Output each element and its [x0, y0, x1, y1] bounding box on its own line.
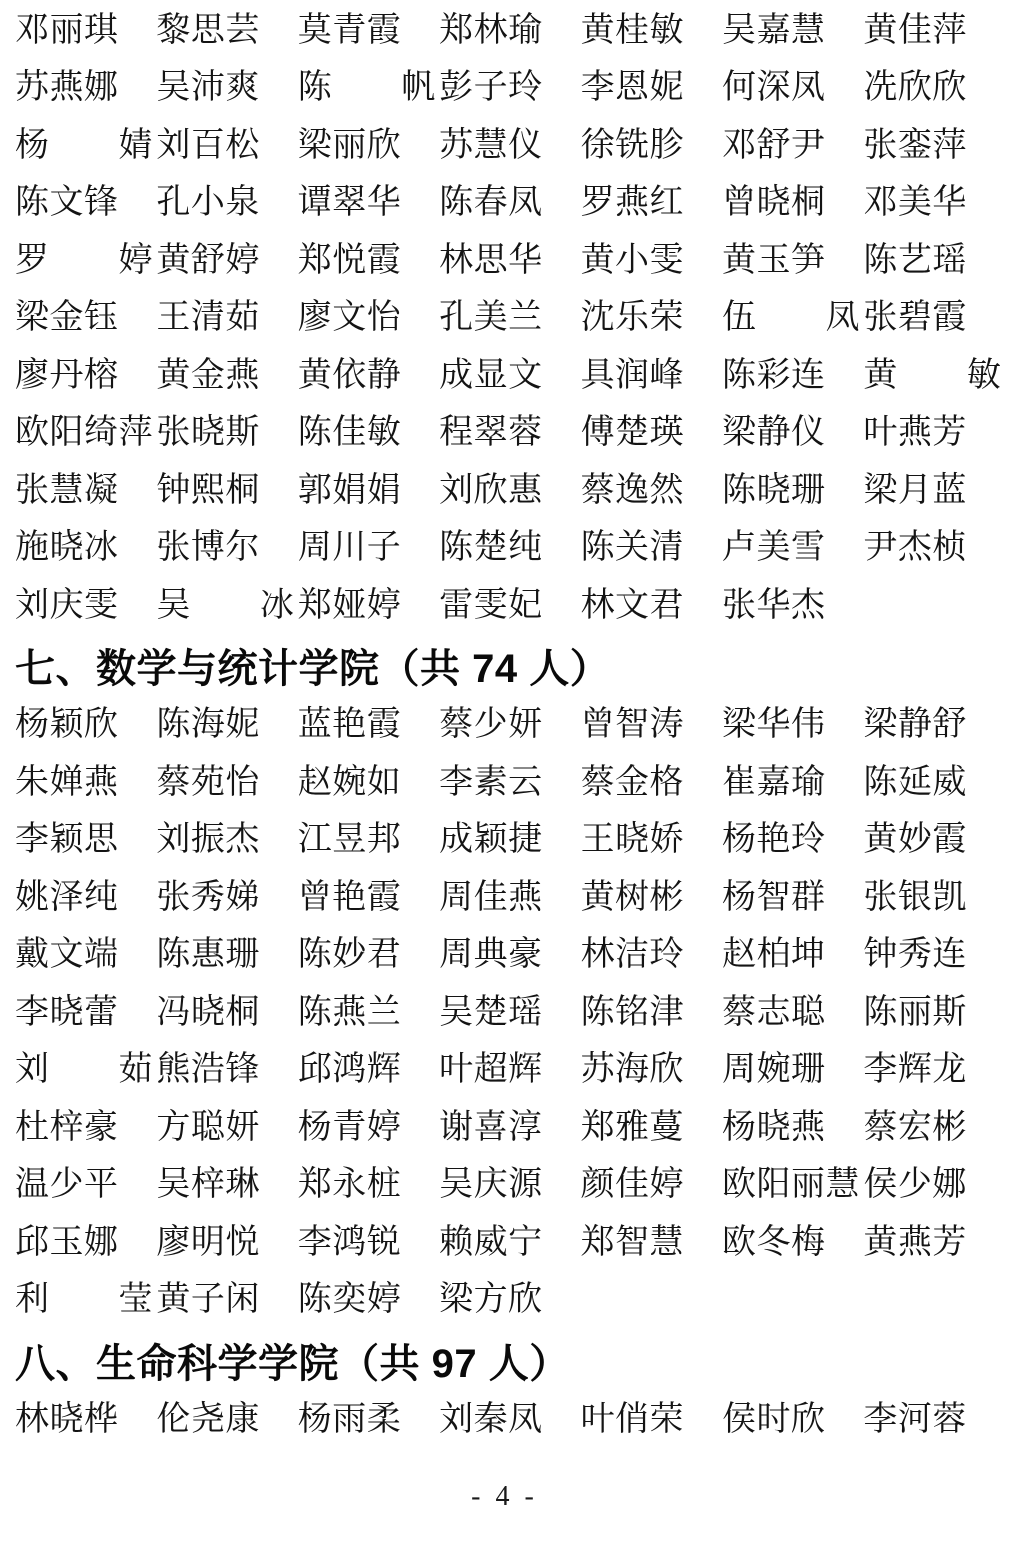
student-name: 傅楚瑛: [581, 416, 685, 450]
name-cell: 戴文端: [15, 927, 156, 985]
name-cell: 王清茹: [156, 290, 297, 348]
student-name: 谢喜淳: [439, 1111, 543, 1145]
name-grid: 邓丽琪黎思芸莫青霞郑林瑜黄桂敏吴嘉慧黄佳萍苏燕娜吴沛爽陈 帆彭子玲李恩妮何深凤冼…: [15, 2, 1024, 635]
student-name: 梁华伟: [722, 708, 826, 742]
student-name: 周佳燕: [439, 881, 543, 915]
student-name: 廖明悦: [156, 1226, 260, 1260]
name-cell: 黄小雯: [581, 232, 722, 290]
name-cell: 侯时欣: [722, 1391, 863, 1449]
student-name: 曾晓桐: [722, 186, 826, 220]
student-name: 陈文锋: [15, 186, 119, 220]
name-cell: 崔嘉瑜: [722, 754, 863, 812]
student-name: 伦尧康: [156, 1403, 260, 1437]
name-cell: [863, 1272, 1004, 1330]
student-name: 蔡少妍: [439, 708, 543, 742]
student-name: 郑林瑜: [439, 14, 543, 48]
student-name: 陈艺瑶: [863, 244, 967, 278]
student-name: 梁丽欣: [298, 129, 402, 163]
name-cell: [581, 1272, 722, 1330]
student-name: 赵柏坤: [722, 938, 826, 972]
student-name: 陈 帆: [298, 71, 436, 105]
name-cell: 林文君: [581, 577, 722, 635]
student-name: 成颖捷: [439, 823, 543, 857]
name-cell: 杨颖欣: [15, 697, 156, 755]
name-cell: 黄子闲: [156, 1272, 297, 1330]
student-name: 刘百松: [156, 129, 260, 163]
name-cell: 李鸿锐: [298, 1214, 439, 1272]
name-cell: 苏慧仪: [439, 117, 580, 175]
name-cell: 成颖捷: [439, 812, 580, 870]
student-name: 廖丹榕: [15, 359, 119, 393]
student-name: 杨智群: [722, 881, 826, 915]
name-cell: 孔小泉: [156, 175, 297, 233]
student-name: 欧冬梅: [722, 1226, 826, 1260]
name-cell: 郑林瑜: [439, 2, 580, 60]
name-cell: 郑雅蔓: [581, 1099, 722, 1157]
name-cell: 陈春凤: [439, 175, 580, 233]
student-name: 张银凯: [863, 881, 967, 915]
name-cell: 黄燕芳: [863, 1214, 1004, 1272]
student-name: 吴楚瑶: [439, 996, 543, 1030]
section-title: 八、生命科学学院（共 97 人）: [15, 1329, 1024, 1391]
student-name: 莫青霞: [298, 14, 402, 48]
student-name: 刘秦凤: [439, 1403, 543, 1437]
student-name: 杨艳玲: [722, 823, 826, 857]
student-name: 叶燕芳: [863, 416, 967, 450]
student-name: 黄玉笋: [722, 244, 826, 278]
name-cell: 梁静仪: [722, 405, 863, 463]
student-name: 陈奕婷: [298, 1283, 402, 1317]
student-name: 钟熙桐: [156, 474, 260, 508]
student-name: 蔡逸然: [581, 474, 685, 508]
student-name: 梁静舒: [863, 708, 967, 742]
name-cell: 吴 冰: [156, 577, 297, 635]
student-name: 王清茹: [156, 301, 260, 335]
student-name: 黄依静: [298, 359, 402, 393]
student-name: 谭翠华: [298, 186, 402, 220]
name-cell: 谭翠华: [298, 175, 439, 233]
student-name: 吴梓琳: [156, 1168, 260, 1202]
name-cell: 方聪妍: [156, 1099, 297, 1157]
student-name: 江昱邦: [298, 823, 402, 857]
name-cell: 程翠蓉: [439, 405, 580, 463]
name-cell: 尹杰桢: [863, 520, 1004, 578]
name-cell: 曾智涛: [581, 697, 722, 755]
student-name: 梁方欣: [439, 1283, 543, 1317]
name-cell: 欧冬梅: [722, 1214, 863, 1272]
name-cell: [863, 577, 1004, 635]
name-cell: 梁金钰: [15, 290, 156, 348]
student-name: 陈铭津: [581, 996, 685, 1030]
student-name: 戴文端: [15, 938, 119, 972]
student-name: 成显文: [439, 359, 543, 393]
name-cell: 徐铣胗: [581, 117, 722, 175]
name-cell: 侯少娜: [863, 1157, 1004, 1215]
name-cell: 赖威宁: [439, 1214, 580, 1272]
name-cell: 罗燕红: [581, 175, 722, 233]
document-page: 邓丽琪黎思芸莫青霞郑林瑜黄桂敏吴嘉慧黄佳萍苏燕娜吴沛爽陈 帆彭子玲李恩妮何深凤冼…: [0, 0, 1024, 1545]
page-number: - 4 -: [0, 1481, 1009, 1513]
name-cell: 周佳燕: [439, 869, 580, 927]
name-cell: 梁丽欣: [298, 117, 439, 175]
student-name: 林洁玲: [581, 938, 685, 972]
name-cell: 李晓蕾: [15, 984, 156, 1042]
student-name: 蔡金格: [581, 766, 685, 800]
student-name: 孔小泉: [156, 186, 260, 220]
name-cell: 刘 茹: [15, 1042, 156, 1100]
student-name: 陈春凤: [439, 186, 543, 220]
name-cell: 冼欣欣: [863, 60, 1004, 118]
student-name: 黄子闲: [156, 1283, 260, 1317]
name-cell: 具润峰: [581, 347, 722, 405]
student-name: 杨青婷: [298, 1111, 402, 1145]
name-cell: 江昱邦: [298, 812, 439, 870]
name-cell: 郑悦霞: [298, 232, 439, 290]
name-cell: 沈乐荣: [581, 290, 722, 348]
student-name: 尹杰桢: [863, 531, 967, 565]
name-cell: 陈佳敏: [298, 405, 439, 463]
student-name: 郭娟娟: [298, 474, 402, 508]
student-name: 曾智涛: [581, 708, 685, 742]
student-name: 吴沛爽: [156, 71, 260, 105]
student-name: 郑雅蔓: [581, 1111, 685, 1145]
name-cell: 梁华伟: [722, 697, 863, 755]
name-cell: 傅楚瑛: [581, 405, 722, 463]
name-cell: 张晓斯: [156, 405, 297, 463]
student-name: 黄燕芳: [863, 1226, 967, 1260]
name-cell: 邱鸿辉: [298, 1042, 439, 1100]
name-cell: 叶超辉: [439, 1042, 580, 1100]
name-cell: 卢美雪: [722, 520, 863, 578]
student-name: 邱鸿辉: [298, 1053, 402, 1087]
student-name: 陈晓珊: [722, 474, 826, 508]
name-cell: 郑娅婷: [298, 577, 439, 635]
name-cell: 欧阳丽慧: [722, 1157, 863, 1215]
name-cell: 林晓桦: [15, 1391, 156, 1449]
student-name: 冯晓桐: [156, 996, 260, 1030]
student-name: 钟秀连: [863, 938, 967, 972]
name-cell: 蔡志聪: [722, 984, 863, 1042]
student-name: 崔嘉瑜: [722, 766, 826, 800]
student-name: 吴嘉慧: [722, 14, 826, 48]
name-cell: 蔡逸然: [581, 462, 722, 520]
student-name: 邓舒尹: [722, 129, 826, 163]
name-cell: 李河蓉: [863, 1391, 1004, 1449]
name-cell: 叶燕芳: [863, 405, 1004, 463]
student-name: 黄舒婷: [156, 244, 260, 278]
student-name: 李颖思: [15, 823, 119, 857]
name-cell: 廖丹榕: [15, 347, 156, 405]
name-cell: 郑永桩: [298, 1157, 439, 1215]
student-name: 叶超辉: [439, 1053, 543, 1087]
name-cell: 刘百松: [156, 117, 297, 175]
name-cell: 赵柏坤: [722, 927, 863, 985]
student-name: 邓丽琪: [15, 14, 119, 48]
student-name: 黄桂敏: [581, 14, 685, 48]
student-name: 罗 婷: [15, 244, 153, 278]
name-cell: 莫青霞: [298, 2, 439, 60]
student-name: 梁金钰: [15, 301, 119, 335]
student-name: 曾艳霞: [298, 881, 402, 915]
name-cell: 曾晓桐: [722, 175, 863, 233]
name-cell: 冯晓桐: [156, 984, 297, 1042]
name-cell: 李颖思: [15, 812, 156, 870]
student-name: 林文君: [581, 589, 685, 623]
name-cell: 陈奕婷: [298, 1272, 439, 1330]
student-name: 周婉珊: [722, 1053, 826, 1087]
name-cell: 李辉龙: [863, 1042, 1004, 1100]
name-cell: 施晓冰: [15, 520, 156, 578]
student-name: 杨晓燕: [722, 1111, 826, 1145]
name-cell: 陈文锋: [15, 175, 156, 233]
student-name: 刘 茹: [15, 1053, 153, 1087]
student-name: 陈关清: [581, 531, 685, 565]
name-cell: 陈艺瑶: [863, 232, 1004, 290]
student-name: 冼欣欣: [863, 71, 967, 105]
name-cell: 蔡苑怡: [156, 754, 297, 812]
name-cell: 黄金燕: [156, 347, 297, 405]
name-cell: 曾艳霞: [298, 869, 439, 927]
student-name: 刘庆雯: [15, 589, 119, 623]
student-name: 邱玉娜: [15, 1226, 119, 1260]
student-name: 李晓蕾: [15, 996, 119, 1030]
name-cell: 蔡金格: [581, 754, 722, 812]
name-cell: 钟熙桐: [156, 462, 297, 520]
student-name: 陈惠珊: [156, 938, 260, 972]
name-cell: 利 莹: [15, 1272, 156, 1330]
student-name: 黄 敏: [863, 359, 1001, 393]
name-cell: 邓美华: [863, 175, 1004, 233]
student-name: 欧阳绮萍: [15, 416, 153, 450]
student-name: 蔡志聪: [722, 996, 826, 1030]
student-name: 侯少娜: [863, 1168, 967, 1202]
student-name: 黄妙霞: [863, 823, 967, 857]
student-name: 具润峰: [581, 359, 685, 393]
student-name: 吴 冰: [156, 589, 294, 623]
name-cell: 陈海妮: [156, 697, 297, 755]
name-cell: 蔡宏彬: [863, 1099, 1004, 1157]
name-cell: 黄玉笋: [722, 232, 863, 290]
student-name: 廖文怡: [298, 301, 402, 335]
name-cell: 姚泽纯: [15, 869, 156, 927]
student-name: 陈丽斯: [863, 996, 967, 1030]
student-name: 郑悦霞: [298, 244, 402, 278]
name-cell: 杨艳玲: [722, 812, 863, 870]
name-cell: 熊浩锋: [156, 1042, 297, 1100]
student-name: 陈燕兰: [298, 996, 402, 1030]
name-cell: 张秀娣: [156, 869, 297, 927]
student-name: 蔡苑怡: [156, 766, 260, 800]
name-cell: 王晓娇: [581, 812, 722, 870]
student-name: 黄树彬: [581, 881, 685, 915]
name-list-document: 邓丽琪黎思芸莫青霞郑林瑜黄桂敏吴嘉慧黄佳萍苏燕娜吴沛爽陈 帆彭子玲李恩妮何深凤冼…: [15, 2, 1024, 1449]
name-cell: 郭娟娟: [298, 462, 439, 520]
name-cell: 陈晓珊: [722, 462, 863, 520]
name-cell: 罗 婷: [15, 232, 156, 290]
student-name: 苏燕娜: [15, 71, 119, 105]
name-cell: 杨雨柔: [298, 1391, 439, 1449]
name-cell: [722, 1272, 863, 1330]
name-cell: 陈 帆: [298, 60, 439, 118]
name-cell: 杨晓燕: [722, 1099, 863, 1157]
student-name: 李辉龙: [863, 1053, 967, 1087]
student-name: 杨 婧: [15, 129, 153, 163]
name-cell: 赵婉如: [298, 754, 439, 812]
student-name: 彭子玲: [439, 71, 543, 105]
student-name: 周典豪: [439, 938, 543, 972]
name-cell: 陈彩连: [722, 347, 863, 405]
student-name: 黄佳萍: [863, 14, 967, 48]
student-name: 徐铣胗: [581, 129, 685, 163]
student-name: 周川子: [298, 531, 402, 565]
name-cell: 黄树彬: [581, 869, 722, 927]
name-cell: 孔美兰: [439, 290, 580, 348]
student-name: 张銮萍: [863, 129, 967, 163]
name-cell: 张銮萍: [863, 117, 1004, 175]
name-cell: 梁方欣: [439, 1272, 580, 1330]
name-cell: 杜梓豪: [15, 1099, 156, 1157]
student-name: 利 莹: [15, 1283, 153, 1317]
name-cell: 伍 凤: [722, 290, 863, 348]
name-cell: 刘振杰: [156, 812, 297, 870]
name-cell: 黄佳萍: [863, 2, 1004, 60]
student-name: 温少平: [15, 1168, 119, 1202]
name-cell: 张华杰: [722, 577, 863, 635]
student-name: 蓝艳霞: [298, 708, 402, 742]
student-name: 沈乐荣: [581, 301, 685, 335]
student-name: 何深凤: [722, 71, 826, 105]
name-cell: 谢喜淳: [439, 1099, 580, 1157]
name-cell: 李素云: [439, 754, 580, 812]
student-name: 郑智慧: [581, 1226, 685, 1260]
student-name: 吴庆源: [439, 1168, 543, 1202]
name-cell: 林洁玲: [581, 927, 722, 985]
student-name: 叶俏荣: [581, 1403, 685, 1437]
name-cell: 吴梓琳: [156, 1157, 297, 1215]
name-cell: 周典豪: [439, 927, 580, 985]
student-name: 郑永桩: [298, 1168, 402, 1202]
name-cell: 李恩妮: [581, 60, 722, 118]
name-cell: 周婉珊: [722, 1042, 863, 1100]
name-cell: 黄 敏: [863, 347, 1004, 405]
name-cell: 杨智群: [722, 869, 863, 927]
name-cell: 张碧霞: [863, 290, 1004, 348]
name-cell: 张银凯: [863, 869, 1004, 927]
student-name: 李恩妮: [581, 71, 685, 105]
name-cell: 陈延威: [863, 754, 1004, 812]
student-name: 蔡宏彬: [863, 1111, 967, 1145]
student-name: 李河蓉: [863, 1403, 967, 1437]
student-name: 赵婉如: [298, 766, 402, 800]
name-cell: 周川子: [298, 520, 439, 578]
student-name: 赖威宁: [439, 1226, 543, 1260]
name-cell: 伦尧康: [156, 1391, 297, 1449]
name-cell: 邓丽琪: [15, 2, 156, 60]
student-name: 孔美兰: [439, 301, 543, 335]
name-cell: 陈关清: [581, 520, 722, 578]
name-cell: 邱玉娜: [15, 1214, 156, 1272]
name-cell: 吴楚瑶: [439, 984, 580, 1042]
student-name: 张秀娣: [156, 881, 260, 915]
name-cell: 杨青婷: [298, 1099, 439, 1157]
name-cell: 廖明悦: [156, 1214, 297, 1272]
student-name: 陈佳敏: [298, 416, 402, 450]
student-name: 黄小雯: [581, 244, 685, 278]
student-name: 林思华: [439, 244, 543, 278]
student-name: 欧阳丽慧: [722, 1168, 860, 1202]
name-cell: 陈妙君: [298, 927, 439, 985]
name-cell: 黎思芸: [156, 2, 297, 60]
student-name: 苏海欣: [581, 1053, 685, 1087]
student-name: 张碧霞: [863, 301, 967, 335]
student-name: 朱婵燕: [15, 766, 119, 800]
name-cell: 廖文怡: [298, 290, 439, 348]
name-cell: 黄桂敏: [581, 2, 722, 60]
student-name: 陈彩连: [722, 359, 826, 393]
student-name: 李鸿锐: [298, 1226, 402, 1260]
name-cell: 吴庆源: [439, 1157, 580, 1215]
name-cell: 蓝艳霞: [298, 697, 439, 755]
name-grid: 杨颖欣陈海妮蓝艳霞蔡少妍曾智涛梁华伟梁静舒朱婵燕蔡苑怡赵婉如李素云蔡金格崔嘉瑜陈…: [15, 697, 1024, 1330]
student-name: 刘振杰: [156, 823, 260, 857]
name-cell: 颜佳婷: [581, 1157, 722, 1215]
name-grid: 林晓桦伦尧康杨雨柔刘秦凤叶俏荣侯时欣李河蓉: [15, 1391, 1024, 1449]
student-name: 王晓娇: [581, 823, 685, 857]
student-name: 卢美雪: [722, 531, 826, 565]
name-cell: 黄舒婷: [156, 232, 297, 290]
student-name: 颜佳婷: [581, 1168, 685, 1202]
name-cell: 苏燕娜: [15, 60, 156, 118]
name-cell: 雷雯妃: [439, 577, 580, 635]
student-name: 姚泽纯: [15, 881, 119, 915]
student-name: 施晓冰: [15, 531, 119, 565]
student-name: 伍 凤: [722, 301, 860, 335]
student-name: 林晓桦: [15, 1403, 119, 1437]
name-cell: 彭子玲: [439, 60, 580, 118]
name-cell: 刘秦凤: [439, 1391, 580, 1449]
name-cell: 黄妙霞: [863, 812, 1004, 870]
student-name: 梁静仪: [722, 416, 826, 450]
name-cell: 张博尔: [156, 520, 297, 578]
name-cell: 邓舒尹: [722, 117, 863, 175]
student-name: 陈楚纯: [439, 531, 543, 565]
student-name: 张博尔: [156, 531, 260, 565]
name-cell: 朱婵燕: [15, 754, 156, 812]
name-cell: 蔡少妍: [439, 697, 580, 755]
student-name: 方聪妍: [156, 1111, 260, 1145]
student-name: 程翠蓉: [439, 416, 543, 450]
name-cell: 吴沛爽: [156, 60, 297, 118]
name-cell: 林思华: [439, 232, 580, 290]
student-name: 熊浩锋: [156, 1053, 260, 1087]
student-name: 梁月蓝: [863, 474, 967, 508]
student-name: 雷雯妃: [439, 589, 543, 623]
name-cell: 陈铭津: [581, 984, 722, 1042]
name-cell: 黄依静: [298, 347, 439, 405]
student-name: 陈延威: [863, 766, 967, 800]
student-name: 苏慧仪: [439, 129, 543, 163]
name-cell: 陈楚纯: [439, 520, 580, 578]
student-name: 侯时欣: [722, 1403, 826, 1437]
student-name: 张华杰: [722, 589, 826, 623]
name-cell: 叶俏荣: [581, 1391, 722, 1449]
student-name: 刘欣惠: [439, 474, 543, 508]
name-cell: 陈燕兰: [298, 984, 439, 1042]
student-name: 罗燕红: [581, 186, 685, 220]
student-name: 杨雨柔: [298, 1403, 402, 1437]
name-cell: 欧阳绮萍: [15, 405, 156, 463]
name-cell: 梁静舒: [863, 697, 1004, 755]
